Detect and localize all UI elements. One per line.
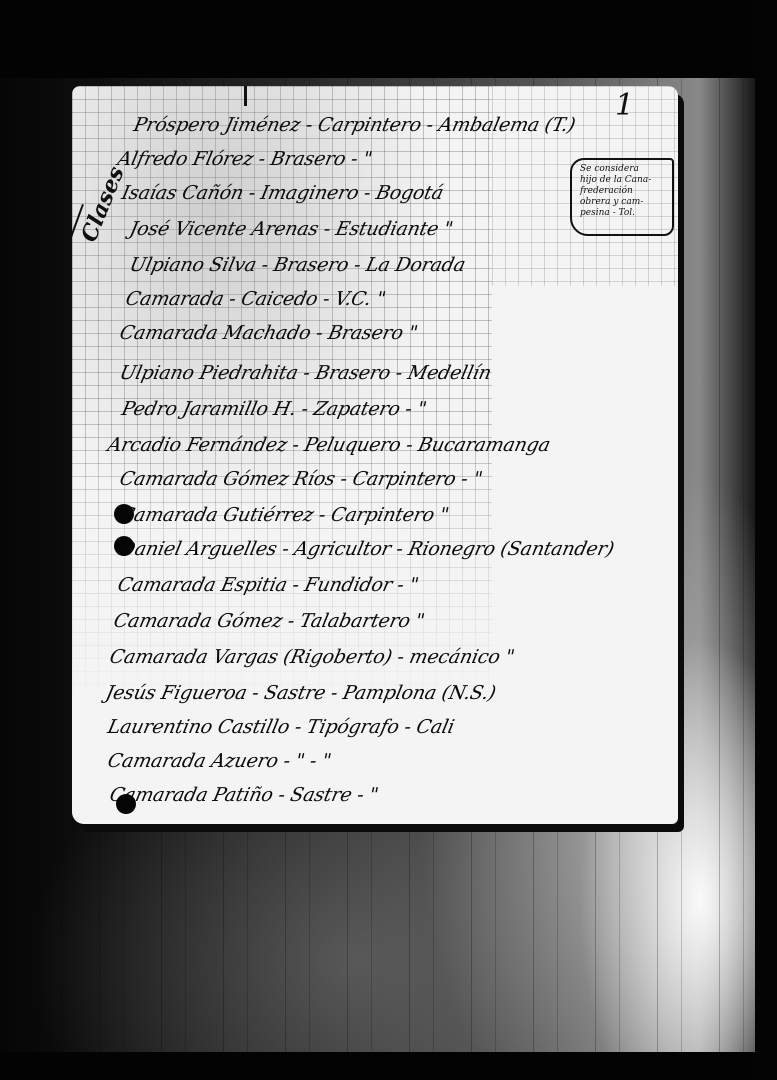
list-entry: Camarada Vargas (Rigoberto) - mecánico ": [108, 646, 517, 668]
punch-hole: [116, 794, 136, 814]
list-entry: Alfredo Flórez - Brasero - ": [116, 148, 375, 170]
list-entry: Próspero Jiménez - Carpintero - Ambalema…: [132, 114, 578, 136]
scan-right-border: [755, 0, 777, 1080]
scan-bottom-border: [0, 1052, 777, 1080]
list-entry: José Vicente Arenas - Estudiante ": [128, 218, 455, 240]
list-entry: Laurentino Castillo - Tipógrafo - Cali: [106, 716, 457, 738]
list-entry: Isaías Cañón - Imaginero - Bogotá: [120, 182, 446, 204]
list-entry: Ulpiano Piedrahita - Brasero - Medellín: [118, 362, 494, 384]
list-entry: Camarada - Caicedo - V.C. ": [124, 288, 388, 310]
list-entry: Arcadio Fernández - Peluquero - Bucarama…: [106, 434, 553, 456]
list-entry: Pedro Jaramillo H. - Zapatero - ": [120, 398, 429, 420]
list-entry: Ulpiano Silva - Brasero - La Dorada: [128, 254, 468, 276]
list-entry: Camarada Machado - Brasero ": [118, 322, 420, 344]
list-entry: Camarada Azuero - " - ": [106, 750, 333, 772]
punch-hole: [114, 536, 134, 556]
punch-hole: [114, 504, 134, 524]
name-list: Próspero Jiménez - Carpintero - Ambalema…: [72, 86, 678, 824]
list-entry: Camarada Espitia - Fundidor - ": [116, 574, 421, 596]
list-entry: Daniel Arguelles - Agricultor - Rionegro…: [118, 538, 616, 560]
list-entry: Camarada Patiño - Sastre - ": [108, 784, 381, 806]
scan-top-border: [0, 0, 777, 78]
list-entry: Camarada Gómez Ríos - Carpintero - ": [118, 468, 485, 490]
list-entry: Jesús Figueroa - Sastre - Pamplona (N.S.…: [104, 682, 498, 704]
list-entry: Camarada Gómez - Talabartero ": [112, 610, 427, 632]
list-entry: Camarada Gutiérrez - Carpintero ": [118, 504, 451, 526]
handwritten-page: 1 Clases Se considera hijo de la Cana- f…: [72, 86, 678, 824]
